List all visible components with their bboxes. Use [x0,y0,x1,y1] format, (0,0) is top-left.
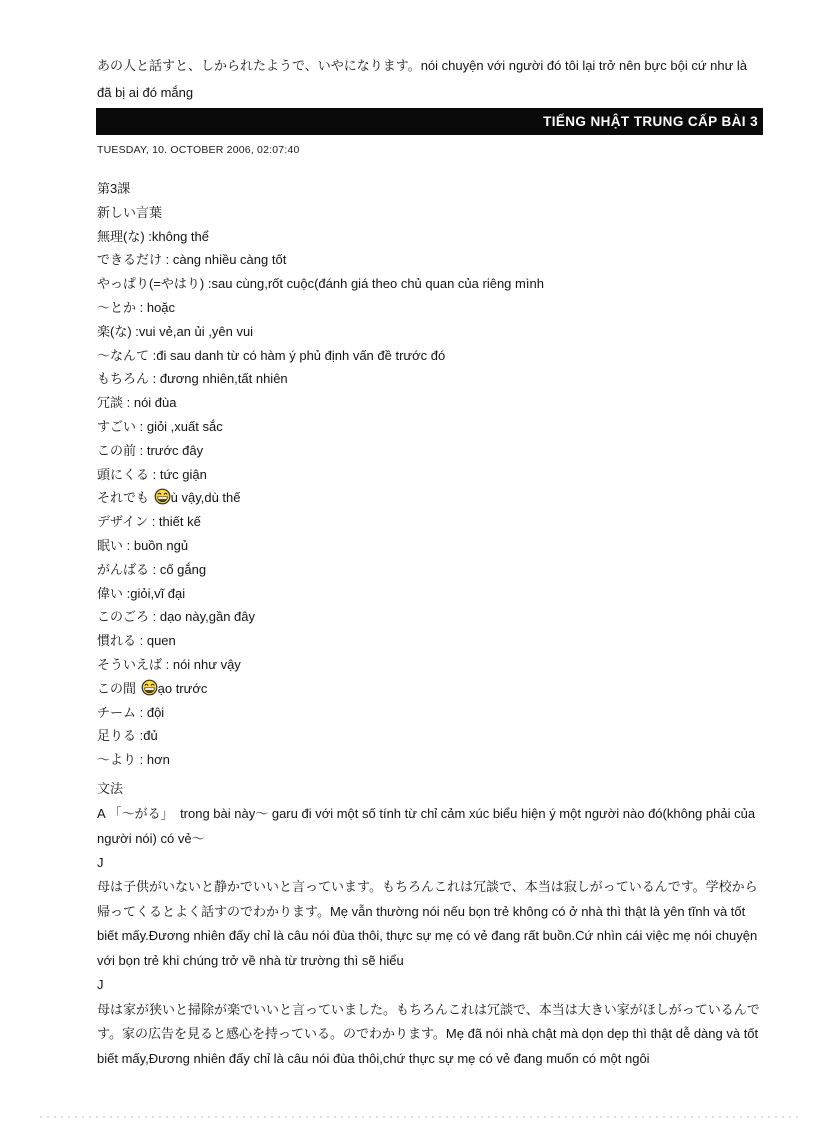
vocab-line: 楽(な) :vui vẻ,an ủi ,yên vui [97,320,763,344]
vocab-line: 偉い :giỏi,vĩ đại [97,582,763,606]
vocab-line: 足りる :đủ [97,724,763,748]
vocab-term: この間 [97,681,140,696]
vocab-term: それでも [97,490,153,505]
example-label: J [97,973,763,998]
grammar-rule: A 「～がる」 trong bài này～ garu đi với một s… [97,801,763,851]
grinning-face-emoticon-icon [154,488,171,505]
lesson-title: TIẾNG NHẬT TRUNG CẤP BÀI 3 [543,114,758,129]
grinning-face-emoticon-icon [141,679,158,696]
grammar-section: 文法 A 「～がる」 trong bài này～ garu đi với mộ… [97,776,763,1072]
vocab-line: ～とか : hoặc [97,296,763,320]
example-label: J [97,851,763,876]
page-content: あの人と話すと、しかられたようで、いやになります。nói chuyện với … [97,52,763,1071]
vocab-line: デザイン : thiết kế [97,510,763,534]
vocab-line: すごい : giỏi ,xuất sắc [97,415,763,439]
vocab-line: できるだけ : càng nhiều càng tốt [97,248,763,272]
vocab-line: この間 ạo trước [97,677,763,701]
vocab-line: このごろ : dạo này,gần đây [97,605,763,629]
vocab-line: ～より : hơn [97,748,763,772]
vocabulary-section: 第3課 新しい言葉 無理(な) :không thểできるだけ : càng n… [97,177,763,772]
vocab-line: それでも ù vậy,dù thế [97,486,763,510]
vocab-line: 慣れる : quen [97,629,763,653]
vocab-line: やっぱり(=やはり) :sau cùng,rốt cuộc(đánh giá t… [97,272,763,296]
lesson-number: 第3課 [97,177,763,201]
intro-paragraph: あの人と話すと、しかられたようで、いやになります。nói chuyện với … [97,52,763,106]
example-paragraph: 母は家が狭いと掃除が楽でいいと言っていました。もちろんこれは冗談で、本当は大きい… [97,998,763,1072]
vocab-line: ～なんて :đi sau danh từ có hàm ý phủ định v… [97,344,763,368]
vocab-line: 冗談 : nói đùa [97,391,763,415]
vocab-heading: 新しい言葉 [97,201,763,225]
post-timestamp: TUESDAY, 10. OCTOBER 2006, 02:07:40 [97,144,763,156]
example-block: J 母は家が狭いと掃除が楽でいいと言っていました。もちろんこれは冗談で、本当は大… [97,973,763,1071]
vocab-list: 無理(な) :không thểできるだけ : càng nhiều càng … [97,225,763,772]
vocab-meaning: ạo trước [158,681,208,696]
lesson-title-banner: TIẾNG NHẬT TRUNG CẤP BÀI 3 [96,108,763,135]
vocab-line: もちろん : đương nhiên,tất nhiên [97,367,763,391]
vocab-line: この前 : trước đây [97,439,763,463]
dotted-page-divider [40,1116,802,1118]
vocab-line: チーム : đội [97,701,763,725]
vocab-line: がんばる : cố gắng [97,558,763,582]
vocab-line: 眠い : buồn ngủ [97,534,763,558]
vocab-meaning: ù vậy,dù thế [171,490,241,505]
vocab-line: そういえば : nói như vậy [97,653,763,677]
vocab-line: 無理(な) :không thể [97,225,763,249]
document-page: あの人と話すと、しかられたようで、いやになります。nói chuyện với … [0,0,816,1123]
grammar-heading: 文法 [97,776,763,801]
example-paragraph: 母は子供がいないと静かでいいと言っています。もちろんこれは冗談で、本当は寂しがっ… [97,875,763,973]
example-block: J 母は子供がいないと静かでいいと言っています。もちろんこれは冗談で、本当は寂し… [97,851,763,974]
vocab-line: 頭にくる : tức giận [97,463,763,487]
